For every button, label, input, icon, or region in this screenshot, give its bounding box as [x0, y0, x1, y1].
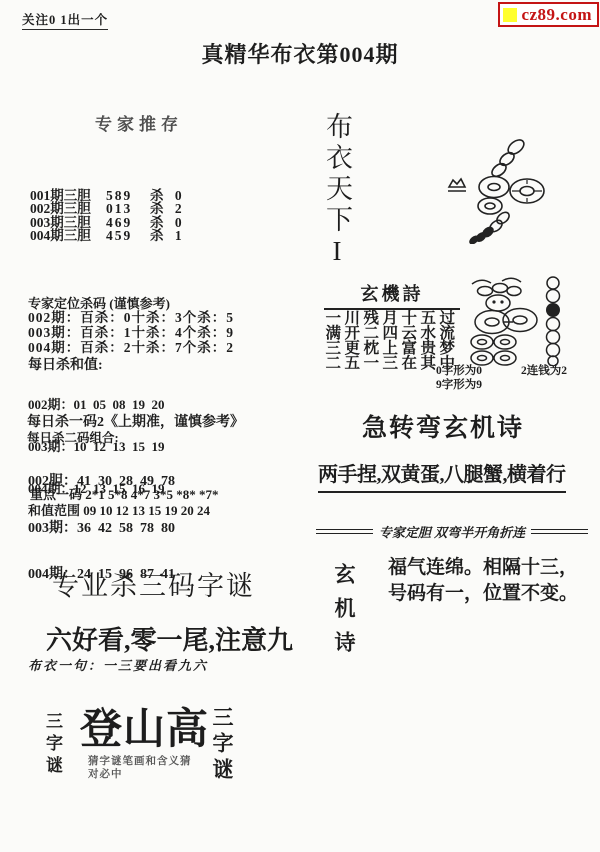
table-row: 004期三胆 459 杀 1	[30, 229, 186, 242]
riddle-hint-note: 猜字谜笔画和含义猜 对必中	[88, 755, 192, 781]
caption-nine-shape: 9字形为9	[436, 376, 482, 392]
table-row: 002期三胆 013 杀 2	[30, 202, 186, 215]
coin-chain-graphic	[437, 134, 549, 244]
kill-value: 杀 2	[150, 202, 186, 215]
dan-value: 589	[106, 189, 150, 202]
period-label: 004期三胆	[30, 229, 106, 242]
mystic-poem-text: 福气连绵。相隔十三， 号码有一，位置不变。	[388, 555, 578, 607]
period-label: 001期三胆	[30, 189, 106, 202]
riddle-hint-line: 猜字谜笔画和含义猜	[88, 755, 192, 768]
sharp-turn-poem-line: 两手捏,双黄蛋,八腿蟹,横着行	[318, 458, 566, 493]
mystic-poem-title: 玄機詩	[324, 280, 460, 310]
expert-recommendation-header: 专家推存	[95, 110, 183, 135]
yellow-square-icon	[503, 8, 517, 22]
site-badge: cz89.com	[498, 2, 599, 27]
divider-line	[316, 529, 373, 534]
lottery-analysis-sheet: 关注0 1出一个 cz89.com 真精华布衣第004期 专家推存 001期三胆…	[0, 0, 600, 852]
riddle-hint-line: 对必中	[88, 768, 192, 781]
list-item: 003期：百杀：1十杀：4个杀：9	[28, 325, 234, 340]
top-note: 关注0 1出一个	[22, 10, 108, 30]
dan-value: 013	[106, 202, 150, 215]
period-label: 003期三胆	[30, 216, 106, 229]
three-code-riddle-title: 专业杀三码字谜	[52, 564, 255, 603]
list-item: 004期：百杀：2十杀：7个杀：2	[28, 340, 234, 355]
mystic-poem-box: 玄機詩 一川残月十五过 满开二四云水流 三更枕上富贵梦 二五一三在其中	[322, 280, 462, 372]
list-item: 003期：36 42 58 78 80	[28, 521, 175, 537]
page-title: 真精华布衣第004期	[0, 38, 600, 69]
three-char-riddle-label-left: 三字谜	[40, 712, 65, 778]
expert-dingdan-text: 专家定胆 双弯半开角折连	[379, 522, 525, 541]
sharp-turn-poem-title: 急转弯玄机诗	[362, 408, 524, 444]
poem-line: 号码有一，位置不变。	[388, 581, 578, 607]
site-url: cz89.com	[521, 5, 592, 25]
kill-value: 杀 1	[150, 229, 186, 242]
buyi-sentence: 布衣一句：一三要出看九六	[28, 655, 208, 674]
list-item: 002期：百杀：0十杀：3个杀：5	[28, 310, 234, 325]
mystic-poem-vertical-label: 玄机诗	[329, 563, 359, 665]
poem-line: 福气连绵。相隔十三，	[388, 555, 578, 581]
dan-value: 469	[106, 216, 150, 229]
buyi-tianxia-vertical-title: 布衣天下I	[323, 112, 350, 270]
period-label: 002期三胆	[30, 202, 106, 215]
three-code-riddle-line: 六好看,零一尾,注意九	[46, 620, 293, 657]
list-item: 002期：01 05 08 19 20	[28, 398, 165, 412]
dan-value: 459	[106, 229, 150, 242]
three-char-riddle-answer: 登山高	[80, 696, 209, 756]
sum-range-line: 和值范围 09 10 12 13 15 19 20 24	[28, 500, 210, 519]
coin-cluster-graphic	[458, 274, 566, 366]
caption-linked-coins: 2连钱为2	[521, 362, 567, 378]
divider-line	[531, 529, 588, 534]
expert-dingdan-divider: 专家定胆 双弯半开角折连	[316, 522, 588, 541]
position-kill-lines: 002期：百杀：0十杀：3个杀：5 003期：百杀：1十杀：4个杀：9 004期…	[28, 310, 234, 355]
three-char-riddle-label-right: 三字谜	[207, 706, 237, 784]
dan-history-table: 001期三胆 589 杀 0 002期三胆 013 杀 2 003期三胆 469…	[30, 189, 186, 243]
